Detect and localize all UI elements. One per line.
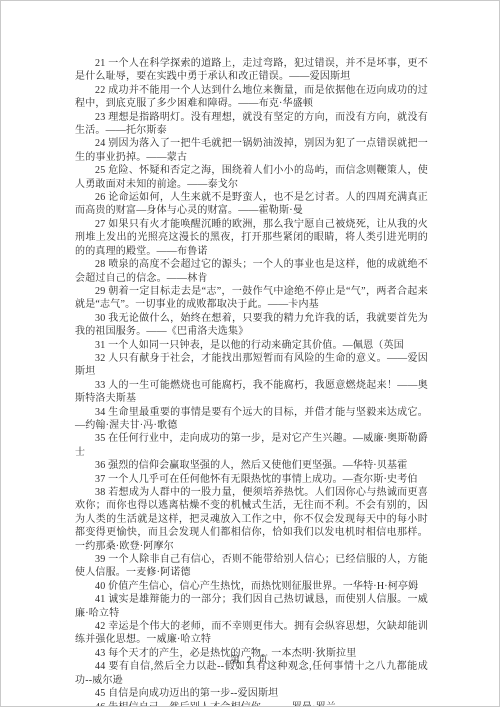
document-page: 21 一个人在科学探索的道路上，走过弯路，犯过错误，并不是坏事，更不是什么耻辱，… (0, 0, 500, 707)
quote-item: 45 自信是向成功迈出的第一步--爱因斯坦 (75, 687, 428, 700)
page-footer: 第 2 页 (1, 651, 499, 666)
quote-item: 31 一个人如同一只钟表，是以他的行动来确定其价值。—佩恩（英国 (75, 339, 428, 352)
quote-item: 41 诚实是雄辩能力的一部分；我们因自己热切诚恳，而使别人信服。一威廉·哈立特 (75, 593, 428, 620)
quote-item: 35 在任何行业中，走向成功的第一步，是对它产生兴趣。—威廉·奥斯勒爵士 (75, 432, 428, 459)
quote-item: 21 一个人在科学探索的道路上，走过弯路，犯过错误，并不是坏事，更不是什么耻辱，… (75, 57, 428, 84)
page-number: 第 2 页 (230, 655, 270, 666)
quote-item: 24 别因为落入了一把牛毛就把一锅奶油泼掉，别因为犯了一点错误就把一生的事业扔掉… (75, 137, 428, 164)
quote-item: 36 强烈的信仰会赢取坚强的人，然后又使他们更坚强。—华特·贝基霍 (75, 459, 428, 472)
quote-item: 25 危险、怀疑和否定之海，围绕着人们小小的岛屿，而信念则鞭策人，使人勇敢面对未… (75, 164, 428, 191)
quote-item: 42 幸运是个伟大的老师，而不幸则更伟大。拥有会纵容思想，欠缺却能训练并强化思想… (75, 620, 428, 647)
quote-item: 28 喷泉的高度不会超过它的源头；一个人的事业也是这样，他的成就绝不会超过自己的… (75, 258, 428, 285)
quote-list: 21 一个人在科学探索的道路上，走过弯路，犯过错误，并不是坏事，更不是什么耻辱，… (75, 57, 428, 707)
quote-item: 33 人的一生可能燃烧也可能腐朽，我不能腐朽，我愿意燃烧起来！——奥斯特洛夫斯基 (75, 379, 428, 406)
quote-item: 40 价值产生信心，信心产生热忱，而热忱则征服世界。一华特·H·柯亭姆 (75, 580, 428, 593)
quote-item: 22 成功并不能用一个人达到什么地位来衡量，而是依据他在迈向成功的过程中，到底克… (75, 84, 428, 111)
quote-item: 37 一个人几乎可在任何他怀有无限热忱的事情上成功。—查尔斯·史考伯 (75, 473, 428, 486)
quote-item: 46 先相信自己，然后别人才会相信你。——罗曼·罗兰 (75, 701, 428, 707)
quote-item: 27 如果只有火才能唤醒沉睡的欧洲，那么我宁愿自己被烧死，让从我的火刑堆上发出的… (75, 218, 428, 258)
quote-item: 32 人只有献身于社会，才能找出那短暂而有风险的生命的意义。——爱因斯坦 (75, 352, 428, 379)
quote-item: 26 论命运如何，人生来就不是野蛮人，也不是乞讨者。人的四周充满真正而高贵的财富… (75, 191, 428, 218)
quote-item: 30 我无论做什么，始终在想着，只要我的精力允许我的话，我就要首先为我的祖国服务… (75, 312, 428, 339)
quote-item: 34 生命里最重要的事情是要有个远大的目标，并借才能与坚毅来达成它。—约翰·渥夫… (75, 406, 428, 433)
quote-item: 29 朝着一定目标走去是“志”，一鼓作气中途绝不停止是“气”，两者合起来就是“志… (75, 285, 428, 312)
quote-item: 23 理想是指路明灯。没有理想，就没有坚定的方向，而没有方向，就没有生活。——托… (75, 111, 428, 138)
quote-item: 39 一个人除非自己有信心，否则不能带给别人信心；已经信服的人，方能使人信服。一… (75, 553, 428, 580)
quote-item: 38 若想成为人群中的一股力量，便须培养热忱。人们因你心与热诚而更喜欢你；而你也… (75, 486, 428, 553)
